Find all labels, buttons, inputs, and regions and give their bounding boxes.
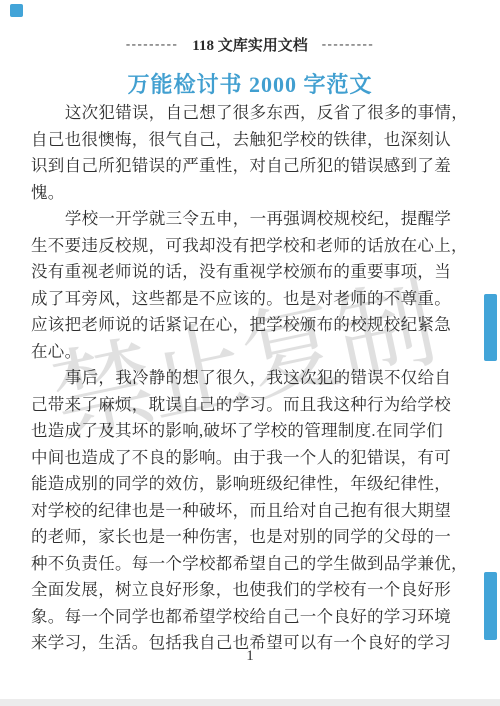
right-edge-accent-mark-lower	[484, 572, 497, 640]
body-text-line: 对学校的纪律也是一种破坏，而且给对自己抱有很大期望	[31, 498, 471, 525]
body-text-line: 象。每一个同学也都希望学校给自己一个良好的学习环境	[31, 604, 471, 631]
document-header: --------- 118 文库实用文档 ---------	[0, 34, 500, 55]
body-text-line: 全面发展，树立良好形象，也使我们的学校有一个良好形	[31, 577, 471, 604]
body-text-line: 在心。	[31, 339, 471, 366]
site-brand-label: 118 文库实用文档	[192, 34, 307, 55]
body-text-line: 应该把老师说的话紧记在心，把学校颁布的校规校纪紧急	[31, 312, 471, 339]
body-text-line: 的老师，家长也是一种伤害，也是对别的同学的父母的一	[31, 524, 471, 551]
body-text-line: 生不要违反校规，可我却没有把学校和老师的话放在心上，	[31, 233, 471, 260]
document-page: --------- 118 文库实用文档 --------- 万能检讨书 200…	[0, 0, 500, 706]
body-text-line: 也造成了及其坏的影响,破坏了学校的管理制度.在同学们	[31, 418, 471, 445]
body-text-line: 这次犯错误，自己想了很多东西，反省了很多的事情，	[31, 100, 471, 127]
body-text-line: 没有重视老师说的话，没有重视学校颁布的重要事项，当	[31, 259, 471, 286]
body-text-line: 自己也很懊悔，很气自己，去触犯学校的铁律，也深刻认	[31, 127, 471, 154]
body-text-line: 己带来了麻烦，耽误自己的学习。而且我这种行为给学校	[31, 392, 471, 419]
document-title: 万能检讨书 2000 字范文	[0, 68, 500, 99]
document-body: 这次犯错误，自己想了很多东西，反省了很多的事情，自己也很懊悔，很气自己，去触犯学…	[31, 100, 471, 657]
body-text-line: 成了耳旁风，这些都是不应该的。也是对老师的不尊重。	[31, 286, 471, 313]
body-text-line: 学校一开学就三令五申，一再强调校规校纪，提醒学	[31, 206, 471, 233]
page-number: 1	[0, 648, 500, 665]
page-bottom-edge	[0, 699, 500, 706]
body-text-line: 愧。	[31, 180, 471, 207]
body-text-line: 事后，我冷静的想了很久，我这次犯的错误不仅给自	[31, 365, 471, 392]
body-text-line: 种不负责任。每一个学校都希望自己的学生做到品学兼优，	[31, 551, 471, 578]
body-text-line: 中间也造成了不良的影响。由于我一个人的犯错误，有可	[31, 445, 471, 472]
body-text-line: 能造成别的同学的效仿，影响班级纪律性，年级纪律性，	[31, 471, 471, 498]
right-edge-accent-mark-upper	[484, 294, 497, 361]
body-text-line: 识到自己所犯错误的严重性，对自己所犯的错误感到了羞	[31, 153, 471, 180]
header-right-dashes: ---------	[322, 36, 374, 52]
top-left-accent-mark	[10, 4, 23, 17]
header-left-dashes: ---------	[126, 36, 178, 52]
